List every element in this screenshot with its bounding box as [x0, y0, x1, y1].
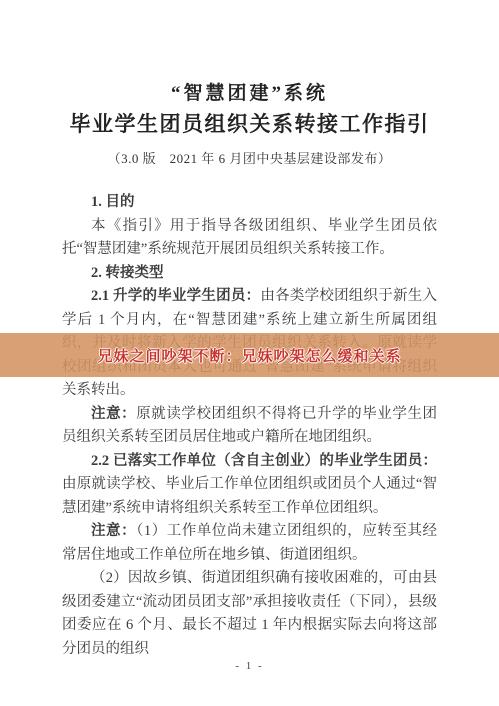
note-paragraph: 注意：原就读学校团组织不得将已升学的毕业学生团员组织关系转至团员居住地或户籍所在… — [62, 403, 437, 450]
doc-subtitle: （3.0 版 2021 年 6 月团中央基层建设部发布） — [0, 148, 499, 167]
note-lead: 注意： — [91, 523, 136, 539]
paragraph: （2）因故乡镇、街道团组织确有接收困难的，可由县级团委建立“流动团员团支部”承担… — [62, 567, 437, 661]
paragraph-text: 由原就读学校、毕业后工作单位团组织或团员个人通过“智慧团建”系统申请将组织关系转… — [62, 476, 437, 516]
note-paragraph: 注意：（1）工作单位尚未建立团组织的，应转至其经常居住地或工作单位所在地乡镇、街… — [62, 520, 437, 567]
document-body: 1. 目的 本《指引》用于指导各级团组织、毕业学生团员依托“智慧团建”系统规范开… — [62, 191, 437, 661]
section-heading-transfer-types: 2. 转接类型 — [62, 262, 437, 286]
paragraph: 本《指引》用于指导各级团组织、毕业学生团员依托“智慧团建”系统规范开展团员组织关… — [62, 215, 437, 262]
ad-banner-overlay[interactable]: 兄妹之间吵架不断：兄妹吵架怎么缓和关系 — [0, 333, 499, 377]
doc-title-line2: 毕业学生团员组织关系转接工作指引 — [0, 111, 499, 138]
doc-title-line1: “智慧团建”系统 — [0, 82, 499, 106]
paragraph-lead: 2.1 升学的毕业学生团员： — [91, 288, 260, 304]
section-heading-purpose: 1. 目的 — [62, 191, 437, 215]
heading-text: 2. 转接类型 — [91, 265, 164, 281]
note-lead: 注意： — [91, 406, 136, 422]
paragraph: 2.2 已落实工作单位（含自主创业）的毕业学生团员：由原就读学校、毕业后工作单位… — [62, 450, 437, 521]
document-header: “智慧团建”系统 毕业学生团员组织关系转接工作指引 （3.0 版 2021 年 … — [0, 0, 499, 167]
ad-banner-link-text: 兄妹之间吵架不断：兄妹吵架怎么缓和关系 — [97, 345, 401, 366]
document-page: “智慧团建”系统 毕业学生团员组织关系转接工作指引 （3.0 版 2021 年 … — [0, 0, 499, 706]
paragraph-text: （2）因故乡镇、街道团组织确有接收困难的，可由县级团委建立“流动团员团支部”承担… — [62, 570, 437, 657]
heading-text: 1. 目的 — [91, 194, 135, 210]
page-number: - 1 - — [0, 660, 499, 672]
paragraph-text: 本《指引》用于指导各级团组织、毕业学生团员依托“智慧团建”系统规范开展团员组织关… — [62, 218, 437, 258]
paragraph-lead: 2.2 已落实工作单位（含自主创业）的毕业学生团员： — [91, 453, 437, 469]
